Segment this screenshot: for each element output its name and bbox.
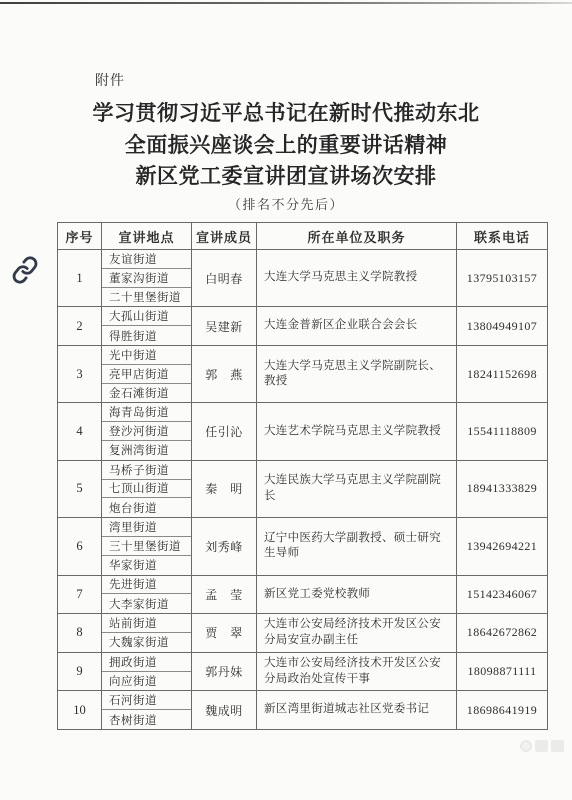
phone-number: 18941333829 — [456, 461, 547, 517]
header-serial-number: 序号 — [58, 223, 101, 249]
locations-column: 拥政街道向应街道 — [101, 653, 191, 691]
row-serial-number: 9 — [58, 653, 101, 691]
phone-number: 13804949107 — [456, 307, 547, 345]
table-row: 3 光中街道亮甲店街道金石滩街道 郭 燕 大连大学马克思主义学院副院长、教授 1… — [58, 346, 547, 403]
table-header-row: 序号 宣讲地点 宣讲成员 所在单位及职务 联系电话 — [58, 223, 547, 250]
member-name: 白明春 — [191, 250, 256, 306]
phone-number: 13795103157 — [456, 250, 547, 306]
locations-column: 大孤山街道得胜街道 — [101, 307, 191, 345]
location-cell: 炮台街道 — [102, 498, 191, 517]
location-cell: 先进街道 — [102, 576, 191, 595]
unit-and-position: 新区湾里街道城志社区党委书记 — [256, 691, 456, 729]
location-cell: 董家沟街道 — [102, 269, 191, 288]
location-cell: 大魏家街道 — [102, 633, 191, 652]
unit-and-position: 大连艺术学院马克思主义学院教授 — [256, 403, 456, 459]
table-row: 7 先进街道大李家街道 孟 莹 新区党工委党校教师 15142346067 — [58, 576, 547, 615]
location-cell: 向应街道 — [102, 672, 191, 691]
row-serial-number: 1 — [58, 250, 101, 306]
phone-number: 18642672862 — [456, 614, 547, 652]
table-row: 1 友谊街道董家沟街道二十里堡街道 白明春 大连大学马克思主义学院教授 1379… — [58, 250, 547, 307]
location-cell: 七顶山街道 — [102, 480, 191, 499]
location-cell: 友谊街道 — [102, 250, 191, 269]
location-cell: 拥政街道 — [102, 653, 191, 672]
table-row: 9 拥政街道向应街道 郭丹妹 大连市公安局经济技术开发区公安分局政治处宣传干事 … — [58, 653, 547, 692]
header-lecture-member: 宣讲成员 — [191, 223, 256, 249]
location-cell: 二十里堡街道 — [102, 288, 191, 307]
scan-edge-line — [0, 2, 572, 4]
title-line-2: 全面振兴座谈会上的重要讲话精神 — [0, 130, 572, 162]
location-cell: 杏树街道 — [102, 710, 191, 729]
location-cell: 得胜街道 — [102, 326, 191, 345]
lecture-schedule-table: 序号 宣讲地点 宣讲成员 所在单位及职务 联系电话 1 友谊街道董家沟街道二十里… — [57, 222, 548, 730]
location-cell: 大李家街道 — [102, 594, 191, 613]
unit-and-position: 新区党工委党校教师 — [256, 576, 456, 614]
unit-and-position: 大连大学马克思主义学院教授 — [256, 250, 456, 306]
watermark-glyph — [551, 740, 564, 752]
location-cell: 光中街道 — [102, 346, 191, 365]
table-row: 8 站前街道大魏家街道 贾 翠 大连市公安局经济技术开发区公安分局安宣办副主任 … — [58, 614, 547, 653]
locations-column: 站前街道大魏家街道 — [101, 614, 191, 652]
location-cell: 华家街道 — [102, 556, 191, 575]
document-title: 学习贯彻习近平总书记在新时代推动东北 全面振兴座谈会上的重要讲话精神 新区党工委… — [0, 98, 572, 193]
row-serial-number: 4 — [58, 403, 101, 459]
document-subtitle: （排名不分先后） — [0, 194, 572, 213]
table-body: 1 友谊街道董家沟街道二十里堡街道 白明春 大连大学马克思主义学院教授 1379… — [58, 250, 547, 729]
attachment-label: 附件 — [95, 70, 125, 90]
header-contact-phone: 联系电话 — [456, 223, 547, 249]
title-line-1: 学习贯彻习近平总书记在新时代推动东北 — [0, 98, 572, 130]
member-name: 孟 莹 — [191, 576, 256, 614]
locations-column: 海青岛街道登沙河街道复洲湾街道 — [101, 403, 191, 459]
header-lecture-location: 宣讲地点 — [101, 223, 191, 249]
member-name: 秦 明 — [191, 461, 256, 517]
row-serial-number: 6 — [58, 518, 101, 574]
row-serial-number: 8 — [58, 614, 101, 652]
unit-and-position: 大连市公安局经济技术开发区公安分局政治处宣传干事 — [256, 653, 456, 691]
location-cell: 海青岛街道 — [102, 403, 191, 422]
row-serial-number: 10 — [58, 691, 101, 729]
table-row: 6 湾里街道三十里堡街道华家街道 刘秀峰 辽宁中医药大学副教授、硕士研究生导师 … — [58, 518, 547, 575]
location-cell: 石河街道 — [102, 691, 191, 710]
phone-number: 15541118809 — [456, 403, 547, 459]
locations-column: 湾里街道三十里堡街道华家街道 — [101, 518, 191, 574]
location-cell: 复洲湾街道 — [102, 441, 191, 460]
row-serial-number: 3 — [58, 346, 101, 402]
table-row: 2 大孤山街道得胜街道 吴建新 大连金普新区企业联合会会长 1380494910… — [58, 307, 547, 346]
phone-number: 15142346067 — [456, 576, 547, 614]
location-cell: 大孤山街道 — [102, 307, 191, 326]
location-cell: 马桥子街道 — [102, 461, 191, 480]
row-serial-number: 5 — [58, 461, 101, 517]
locations-column: 光中街道亮甲店街道金石滩街道 — [101, 346, 191, 402]
watermark-logo-icon — [520, 740, 532, 752]
unit-and-position: 大连金普新区企业联合会会长 — [256, 307, 456, 345]
phone-number: 13942694221 — [456, 518, 547, 574]
unit-and-position: 大连大学马克思主义学院副院长、教授 — [256, 346, 456, 402]
locations-column: 马桥子街道七顶山街道炮台街道 — [101, 461, 191, 517]
location-cell: 登沙河街道 — [102, 422, 191, 441]
row-serial-number: 2 — [58, 307, 101, 345]
member-name: 吴建新 — [191, 307, 256, 345]
locations-column: 先进街道大李家街道 — [101, 576, 191, 614]
member-name: 郭丹妹 — [191, 653, 256, 691]
table-row: 4 海青岛街道登沙河街道复洲湾街道 任引沁 大连艺术学院马克思主义学院教授 15… — [58, 403, 547, 460]
unit-and-position: 辽宁中医药大学副教授、硕士研究生导师 — [256, 518, 456, 574]
unit-and-position: 大连市公安局经济技术开发区公安分局安宣办副主任 — [256, 614, 456, 652]
location-cell: 亮甲店街道 — [102, 365, 191, 384]
header-unit-position: 所在单位及职务 — [256, 223, 456, 249]
location-cell: 金石滩街道 — [102, 384, 191, 403]
table-row: 10 石河街道杏树街道 魏成明 新区湾里街道城志社区党委书记 186986419… — [58, 691, 547, 729]
watermark — [520, 740, 564, 752]
link-icon[interactable] — [9, 248, 41, 293]
location-cell: 湾里街道 — [102, 518, 191, 537]
phone-number: 18241152698 — [456, 346, 547, 402]
member-name: 刘秀峰 — [191, 518, 256, 574]
unit-and-position: 大连民族大学马克思主义学院副院长 — [256, 461, 456, 517]
location-cell: 站前街道 — [102, 614, 191, 633]
scanned-document-page: { "page": { "attachment_label": "附件", "t… — [0, 0, 572, 800]
phone-number: 18698641919 — [456, 691, 547, 729]
location-cell: 三十里堡街道 — [102, 537, 191, 556]
member-name: 郭 燕 — [191, 346, 256, 402]
locations-column: 石河街道杏树街道 — [101, 691, 191, 729]
member-name: 魏成明 — [191, 691, 256, 729]
phone-number: 18098871111 — [456, 653, 547, 691]
row-serial-number: 7 — [58, 576, 101, 614]
watermark-glyph — [535, 740, 548, 752]
title-line-3: 新区党工委宣讲团宣讲场次安排 — [0, 161, 572, 193]
member-name: 任引沁 — [191, 403, 256, 459]
member-name: 贾 翠 — [191, 614, 256, 652]
table-row: 5 马桥子街道七顶山街道炮台街道 秦 明 大连民族大学马克思主义学院副院长 18… — [58, 461, 547, 518]
locations-column: 友谊街道董家沟街道二十里堡街道 — [101, 250, 191, 306]
